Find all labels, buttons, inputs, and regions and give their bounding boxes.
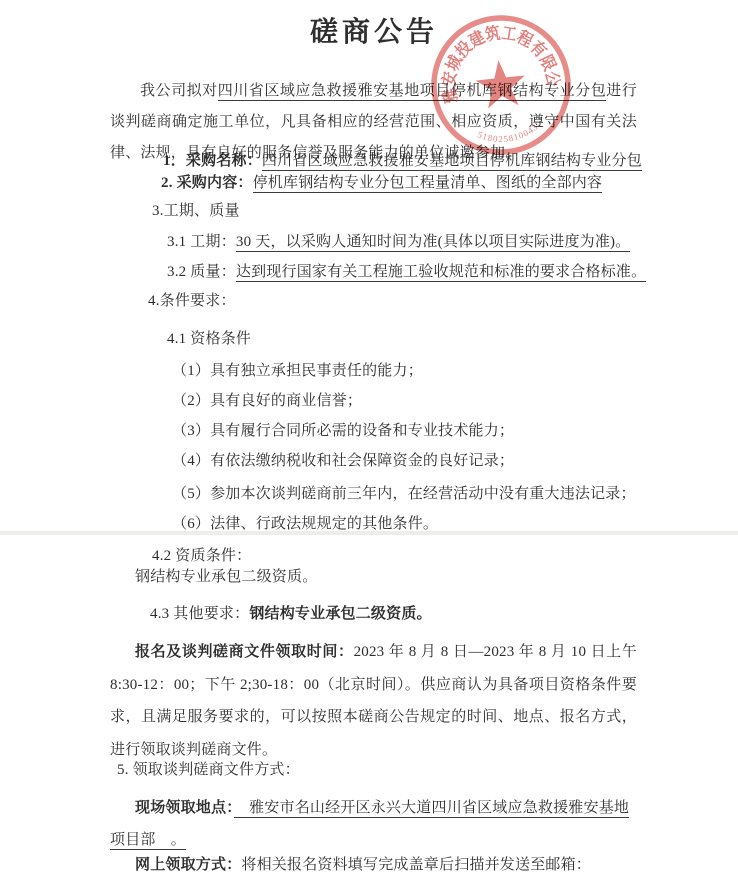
procurement-content-row: 2. 采购内容：停机库钢结构专业分包工程量清单、图纸的全部内容	[161, 173, 602, 194]
onsite-pickup-address-line2: 项目部 。	[110, 832, 186, 850]
onsite-pickup-address-line1: 雅安市名山经开区永兴大道四川省区域应急救援雅安基地	[234, 800, 629, 818]
procurement-name-label: 1．采购名称：	[163, 153, 262, 169]
procurement-content-label: 2. 采购内容：	[161, 175, 253, 191]
onsite-pickup-paragraph: 现场领取地点： 雅安市名山经开区永兴大道四川省区域应急救援雅安基地项目部 。	[110, 792, 640, 856]
condition-item-3: （3）具有履行合同所必需的设备和专业技术能力；	[172, 421, 514, 442]
condition-item-2: （2）具有良好的商业信誉；	[172, 391, 362, 412]
condition-item-1: （1）具有独立承担民事责任的能力；	[172, 361, 423, 382]
section-heading-obtain-method: 5. 领取谈判磋商文件方式：	[117, 760, 300, 781]
other-requirements-row: 4.3 其他要求：钢结构专业承包二级资质。	[150, 604, 432, 625]
project-name-underline: 四川省区域应急救援雅安基地项目停机库钢结构专业分包	[218, 83, 607, 101]
online-pickup-text: 将相关报名资料填写完成盖章后扫描并发送至邮箱：	[241, 857, 591, 873]
registration-paragraph: 报名及谈判磋商文件领取时间：2023 年 8 月 8 日—2023 年 8 月 …	[110, 636, 637, 766]
section-heading-duration-quality: 3.工期、质量	[152, 201, 240, 222]
procurement-name-value: 四川省区域应急救援雅安基地项目停机库钢结构专业分包	[262, 153, 642, 171]
registration-text: 2023 年 8 月 8 日—2023 年 8 月 10 日上午 8:30-12…	[110, 644, 637, 758]
duration-label: 3.1 工期：	[167, 234, 236, 250]
condition-item-5: （5）参加本次谈判磋商前三年内，在经营活动中没有重大违法记录；	[172, 484, 636, 505]
procurement-content-value: 停机库钢结构专业分包工程量清单、图纸的全部内容	[253, 175, 603, 193]
online-pickup-label: 网上领取方式：	[135, 857, 241, 873]
quality-value: 达到现行国家有关工程施工验收规范和标准的要求合格标准。	[236, 264, 646, 282]
quality-row: 3.2 质量：达到现行国家有关工程施工验收规范和标准的要求合格标准。	[167, 262, 646, 283]
scan-seam-artifact	[0, 531, 738, 535]
announcement-page: 磋商公告 我公司拟对四川省区域应急救援雅安基地项目停机库钢结构专业分包进行谈判磋…	[0, 0, 738, 876]
credential-value: 钢结构专业承包二级资质。	[135, 567, 317, 588]
subheading-credential: 4.2 资质条件：	[152, 546, 251, 567]
quality-label: 3.2 质量：	[167, 264, 236, 280]
duration-value: 30 天，以采购人通知时间为准(具体以项目实际进度为准)。	[236, 234, 631, 252]
procurement-name-row: 1．采购名称：四川省区域应急救援雅安基地项目停机库钢结构专业分包	[163, 151, 642, 172]
online-pickup-paragraph: 网上领取方式：将相关报名资料填写完成盖章后扫描并发送至邮箱：	[110, 854, 640, 876]
duration-row: 3.1 工期：30 天，以采购人通知时间为准(具体以项目实际进度为准)。	[167, 232, 630, 253]
onsite-pickup-label: 现场领取地点：	[135, 800, 234, 816]
page-title: 磋商公告	[0, 16, 738, 50]
condition-item-4: （4）有依法缴纳税收和社会保障资金的良好记录；	[172, 451, 514, 472]
registration-label: 报名及谈判磋商文件领取时间：	[135, 644, 354, 660]
other-requirements-label: 4.3 其他要求：	[150, 606, 249, 622]
other-requirements-value: 钢结构专业承包二级资质。	[249, 606, 431, 622]
subheading-qualification: 4.1 资格条件	[167, 329, 251, 350]
section-heading-conditions: 4.条件要求：	[148, 291, 236, 312]
intro-text-pre: 我公司拟对	[140, 83, 218, 99]
